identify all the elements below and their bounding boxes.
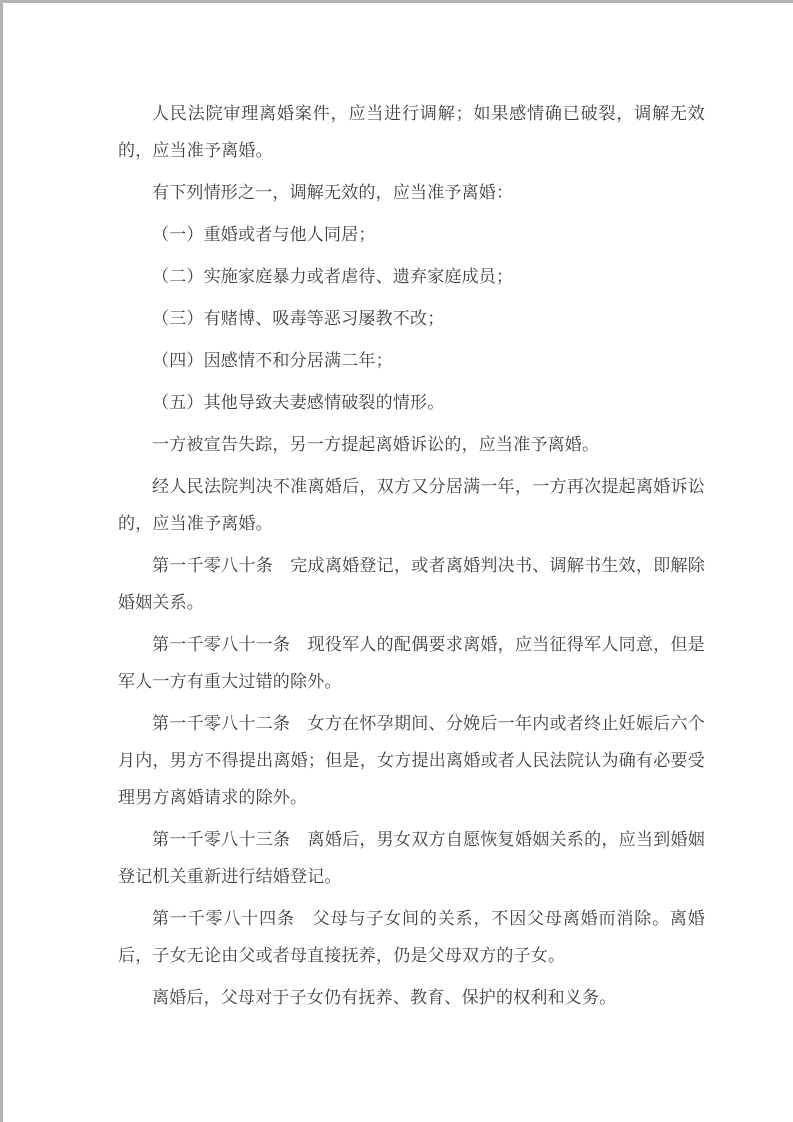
list-item-ground-4: （四）因感情不和分居满二年； bbox=[118, 342, 705, 379]
document-page: 人民法院审理离婚案件，应当进行调解；如果感情确已破裂，调解无效的，应当准予离婚。… bbox=[0, 0, 793, 1122]
list-item-ground-3: （三）有赌博、吸毒等恶习屡教不改； bbox=[118, 300, 705, 337]
paragraph-divorce-grounds-intro: 有下列情形之一，调解无效的，应当准予离婚： bbox=[118, 174, 705, 211]
list-item-ground-2: （二）实施家庭暴力或者虐待、遗弃家庭成员； bbox=[118, 258, 705, 295]
paragraph-article-1083: 第一千零八十三条 离婚后，男女双方自愿恢复婚姻关系的，应当到婚姻登记机关重新进行… bbox=[118, 821, 705, 895]
paragraph-article-1082: 第一千零八十二条 女方在怀孕期间、分娩后一年内或者终止妊娠后六个月内，男方不得提… bbox=[118, 705, 705, 816]
paragraph-article-1081: 第一千零八十一条 现役军人的配偶要求离婚，应当征得军人同意，但是军人一方有重大过… bbox=[118, 626, 705, 700]
paragraph-mediation-rule: 人民法院审理离婚案件，应当进行调解；如果感情确已破裂，调解无效的，应当准予离婚。 bbox=[118, 95, 705, 169]
list-item-ground-5: （五）其他导致夫妻感情破裂的情形。 bbox=[118, 384, 705, 421]
paragraph-refiled-lawsuit: 经人民法院判决不准离婚后，双方又分居满一年，一方再次提起离婚诉讼的，应当准予离婚… bbox=[118, 468, 705, 542]
paragraph-article-1084: 第一千零八十四条 父母与子女间的关系，不因父母离婚而消除。离婚后，子女无论由父或… bbox=[118, 900, 705, 974]
paragraph-article-1080: 第一千零八十条 完成离婚登记，或者离婚判决书、调解书生效，即解除婚姻关系。 bbox=[118, 547, 705, 621]
paragraph-missing-spouse: 一方被宣告失踪，另一方提起离婚诉讼的，应当准予离婚。 bbox=[118, 426, 705, 463]
list-item-ground-1: （一）重婚或者与他人同居； bbox=[118, 216, 705, 253]
paragraph-post-divorce-duties: 离婚后，父母对于子女仍有抚养、教育、保护的权利和义务。 bbox=[118, 979, 705, 1016]
document-body: 人民法院审理离婚案件，应当进行调解；如果感情确已破裂，调解无效的，应当准予离婚。… bbox=[118, 95, 705, 1016]
